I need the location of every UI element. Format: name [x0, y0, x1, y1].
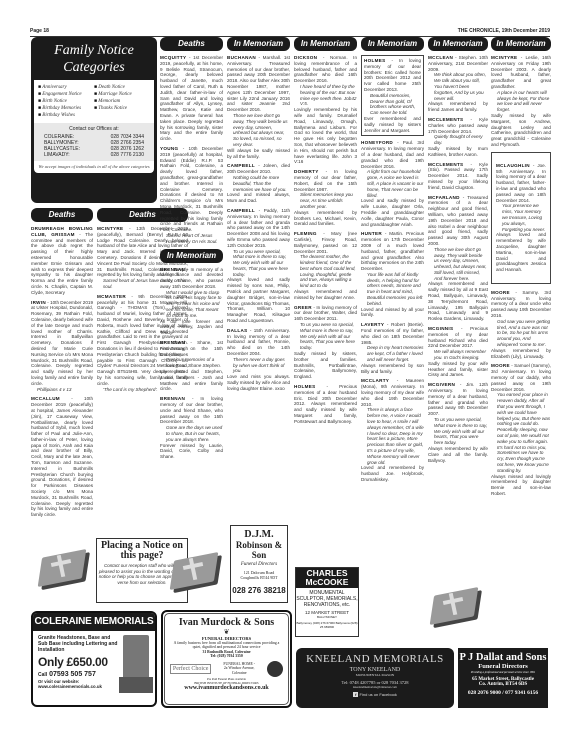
coleraine-memorials-ad: COLERAINE MEMORIALS Granite Headstones, … [31, 611, 157, 707]
office-row: LIMAVADY:028 7776 2130 [44, 152, 144, 158]
ivan-murdock-website[interactable]: www.ivanmurdockandsons.co.uk [165, 685, 288, 691]
notice: MCGINNIS - Precious memories of my dear … [428, 326, 488, 378]
section-title-memoriam: In Memoriam [160, 249, 223, 263]
facebook-link[interactable]: f Find us on Facebook [296, 692, 454, 697]
deaths-column-3: Deaths MCQUITTY - 1st December 2019, pea… [160, 37, 223, 464]
section-title-memoriam: In Memoriam [361, 37, 424, 51]
notice: MOORE - Samuel (Sammy), 3rd Anniversary.… [491, 363, 551, 496]
notice: BRENNAN - In memory of a loving fiance a… [160, 267, 223, 337]
bible-icon [33, 545, 93, 595]
category-item: Marriage Notice [94, 91, 150, 98]
notice: MCQUITTY - 1st December 2019, peacefully… [160, 55, 223, 142]
family-notice-categories: Family NoticeCategories Anniversary Deat… [31, 37, 157, 203]
section-title-deaths: Deaths [31, 208, 93, 222]
deaths-column-1: Deaths DRUMREAGH BOWLING CLUB, GRISSAM -… [31, 208, 93, 522]
pj-dallat-ad: P J Dallat and Sons Funeral Directors Pr… [458, 648, 548, 708]
category-list: Anniversary Death Notice Engagement Noti… [34, 80, 154, 123]
notice: MCINTYRE - Leslie, 16th Anniversary on F… [491, 55, 551, 148]
page-number: Page 18 [30, 28, 49, 34]
bible-icon [425, 583, 485, 633]
category-item: Death Notice [94, 84, 150, 91]
office-contacts: Contact our Offices at: COLERAINE:028 70… [34, 123, 154, 161]
djm-phone: 028 276 38218 [231, 586, 287, 595]
notice: MCCLARTY - Maureen (Mona), 9th Anniversa… [361, 378, 424, 482]
notice: MCGIVERN - Jim. 12th Anniversary. In lov… [428, 382, 488, 463]
cm-title: COLERAINE MEMORIALS [33, 613, 155, 631]
page-header: Page 18 THE CHRONICLE, 19th December 201… [30, 27, 550, 37]
category-item: Birthday Wishes [38, 112, 94, 119]
facebook-icon: f [353, 692, 358, 697]
category-item: Memoriam [94, 98, 150, 105]
section-title-memoriam: In Memoriam [294, 37, 357, 51]
djm-robinson-ad: D.J.M. Robinson & Son Funeral Directors … [230, 525, 288, 603]
section-title-memoriam: In Memoriam [428, 37, 488, 51]
notice: BUCHANAN - Marshall. 1st Anniversary. Tr… [227, 55, 290, 159]
category-item: Birthday Memories [38, 105, 94, 112]
notice: MCCLEAN - Stephen. 10th Anniversary, 21s… [428, 55, 488, 113]
notice: IRWIN - 10th December 2019 at Ulster Hos… [31, 300, 93, 393]
memoriam-column-4: In Memoriam BUCHANAN - Marshall. 1st Ann… [227, 37, 290, 396]
ivan-murdock-ad: Ivan Murdock & Sons ❦ FUNERAL DIRECTORS … [161, 610, 292, 708]
category-item: Birth Notice [38, 98, 94, 105]
category-item: Engagement Notice [38, 91, 94, 98]
notice: CAMPBELL - Paddy, 11th Anniversary. In l… [227, 208, 290, 324]
headstone-base [119, 677, 153, 693]
paper-dateline: THE CHRONICLE, 19th December 2019 [458, 28, 550, 34]
memoriam-column-8: In Memoriam MCINTYRE - Leslie, 16th Anni… [491, 37, 551, 501]
notice: MCFARLAND - Treasured memories of a dear… [428, 195, 488, 323]
notice: MCCALLUM - 10th December 2019 (peacefull… [31, 396, 93, 518]
category-item: Anniversary [38, 84, 94, 91]
notice: CAMPBELL - Joleen, died 20th December 20… [227, 163, 290, 204]
bible-icon [165, 548, 225, 598]
notice: BRENNAN - In loving memory of our dear b… [160, 396, 223, 460]
charles-mccooke-ad: CHARLESMcCOOKE MONUMENTAL SCULPTOR, MEMO… [295, 567, 359, 637]
crest-icon [267, 661, 283, 677]
notice: MCCLEMENTS - Kyle Charles who passed awa… [428, 117, 488, 158]
memoriam-column-5: In Memoriam DICKSON - Norman. In loving … [294, 37, 357, 429]
notice: HONEYFORD - Paul. 3rd Anniversary. In lo… [361, 140, 424, 227]
holmes-box: HOLMES - In loving memory of our dear br… [361, 55, 424, 136]
notice: YOUNG - 10th December 2019 (peacefully) … [160, 146, 223, 245]
notice: HOLMES - In loving memory of our dear br… [364, 58, 421, 133]
notice: HOLMES - Precious memories of a dear hus… [294, 384, 357, 425]
notice: DRUMREAGH BOWLING CLUB, GRISSAM - The co… [31, 226, 93, 296]
mclaughlin-box: MCLAUGHLIN - Joe. 5th Anniversary. In lo… [491, 152, 551, 284]
famcat-footer: We accept images of individuals in all o… [34, 161, 154, 173]
memoriam-column-6: In Memoriam HOLMES - In loving memory of… [361, 37, 424, 487]
notice: FLEMING - Mary (nee Carlisle), Finvoy Ro… [294, 231, 357, 301]
section-title-memoriam: In Memoriam [227, 37, 290, 51]
notice: BRENNAN - Shane, 1st Anniversary on the … [160, 340, 223, 392]
memoriam-column-7: In Memoriam MCCLEAN - Stephen. 10th Anni… [428, 37, 488, 467]
notice: DALLAS - 15th Anniversary. In loving mem… [227, 328, 290, 392]
kneeland-memorials-ad: KNEELAND MEMORIALS TONY KNEELAND MONUMEN… [296, 648, 454, 708]
ornament-icon: ❦ [165, 628, 288, 636]
notice: MOORE - Sammy. 3rd Anniversary. In lovin… [491, 290, 551, 360]
notice: DICKSON - Norman. In loving remembrance … [294, 55, 357, 165]
notice: LAVERTY - Robert (Bertie). Fond memories… [361, 322, 424, 374]
section-title-deaths: Deaths [160, 37, 223, 51]
dallat-phones: 028 2076 9000 / 077 9341 6156 [458, 690, 548, 696]
section-title-memoriam: In Memoriam [491, 37, 551, 51]
notice: GREER - In loving memory of our dear bro… [294, 305, 357, 380]
notice: DOHERTY - In loving memory of our dear f… [294, 169, 357, 227]
category-item: Thanks Notice [94, 105, 150, 112]
famcat-title: Family NoticeCategories [31, 42, 157, 76]
notice: HUNTER - Martin. Precious memories on 17… [361, 231, 424, 318]
notice: MCCLEMENTS - Kyle (Stix). Passed away 17… [428, 162, 488, 191]
